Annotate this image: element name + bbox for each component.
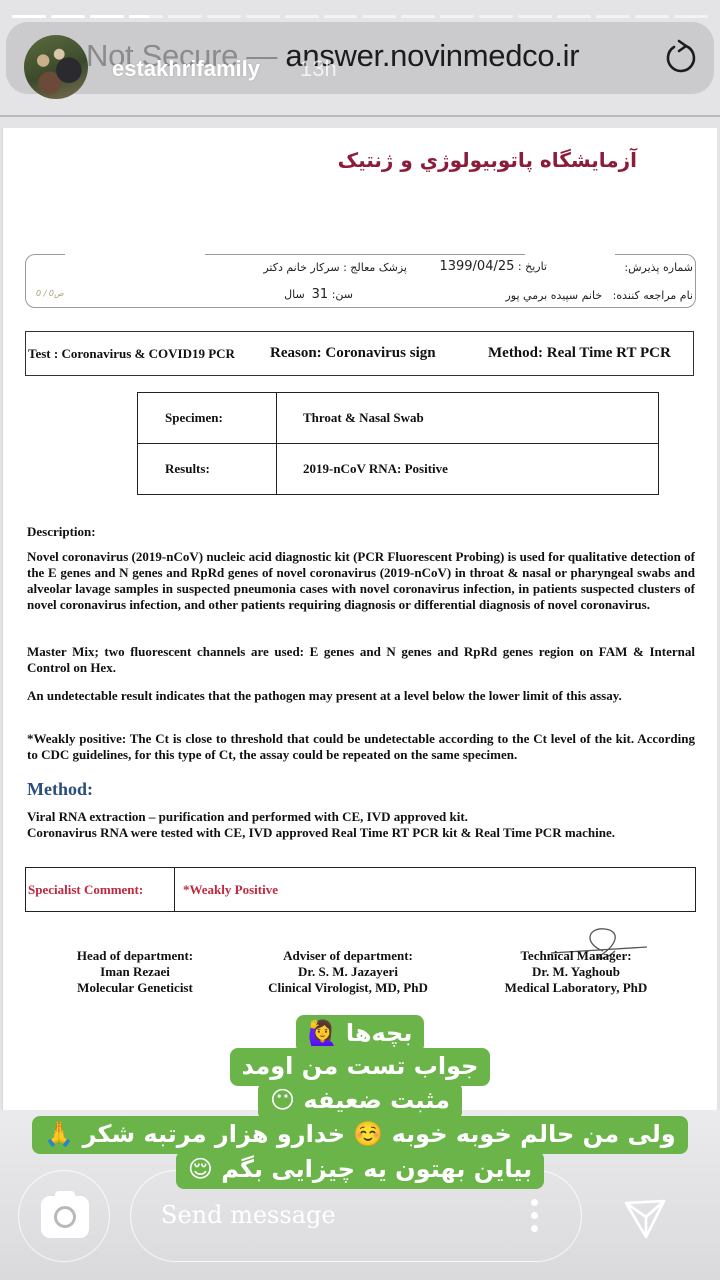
story-progress-segment bbox=[246, 15, 280, 18]
story-progress-segment bbox=[596, 15, 630, 18]
caption-line-4: ولی من حالم خوبه خوبه ☺️ خدارو هزار مرتب… bbox=[0, 1116, 720, 1154]
story-progress-segment bbox=[90, 15, 124, 18]
username[interactable]: estakhrifamily bbox=[112, 56, 260, 82]
specialist-comment-box: Specialist Comment: *Weakly Positive bbox=[25, 867, 696, 912]
description-paragraph-2: Master Mix; two fluorescent channels are… bbox=[27, 644, 695, 676]
story-progress-segment bbox=[12, 15, 46, 18]
patient-info-box: شماره پذيرش: تاريخ : 1399/04/25 پزشک معا… bbox=[25, 254, 696, 308]
caption-line-5: بیاین بهتون یه چیزایی بگم 😌 bbox=[0, 1151, 720, 1189]
browser-separator bbox=[0, 115, 720, 117]
admission-number-field: شماره پذيرش: bbox=[624, 261, 693, 274]
test-reason: Reason: Coronavirus sign bbox=[270, 345, 488, 362]
lab-report-page: آزمايشگاه پاتوبيولوژي و ژنتيک شماره پذير… bbox=[2, 128, 717, 1120]
table-row: Results: 2019-nCoV RNA: Positive bbox=[138, 444, 659, 495]
method-line-2: Coronavirus RNA were tested with CE, IVD… bbox=[27, 825, 695, 841]
story-progress-segment bbox=[479, 15, 513, 18]
story-progress-segment bbox=[168, 15, 202, 18]
results-value: 2019-nCoV RNA: Positive bbox=[277, 444, 659, 495]
story-progress-segment bbox=[362, 15, 396, 18]
weakly-positive-note: *Weakly positive: The Ct is close to thr… bbox=[27, 731, 695, 763]
specialist-comment-value: *Weakly Positive bbox=[175, 868, 278, 911]
date-value: 1399/04/25 bbox=[439, 259, 514, 274]
physician-field: پزشک معالج : سرکار خانم دکتر bbox=[263, 261, 407, 274]
test-summary-box: Test : Coronavirus & COVID19 PCR Reason:… bbox=[25, 331, 694, 376]
patient-name-field: نام مراجعه کننده: خانم سپيده برمي پور bbox=[505, 289, 693, 302]
story-progress-segment bbox=[518, 15, 552, 18]
age-value: 31 bbox=[312, 287, 329, 302]
signatory-head: Head of department: Iman Rezaei Molecula… bbox=[65, 948, 205, 996]
profile-avatar[interactable] bbox=[24, 35, 88, 99]
table-row: Specimen: Throat & Nasal Swab bbox=[138, 393, 659, 444]
story-timestamp: 13h bbox=[300, 56, 337, 82]
patient-name-value: خانم سپيده برمي پور bbox=[505, 289, 602, 302]
specialist-comment-label: Specialist Comment: bbox=[26, 868, 175, 911]
signatory-adviser: Adviser of department: Dr. S. M. Jazayer… bbox=[253, 948, 443, 996]
story-progress-segment bbox=[557, 15, 591, 18]
method-heading: Method: bbox=[27, 779, 93, 800]
story-progress-segment bbox=[674, 15, 708, 18]
story-progress-bar bbox=[12, 15, 708, 19]
caption-line-2: جواب تست من اومد bbox=[0, 1048, 720, 1086]
story-progress-segment bbox=[129, 15, 163, 18]
send-icon[interactable] bbox=[622, 1195, 668, 1241]
age-field: سن: 31 سال bbox=[284, 287, 353, 302]
description-paragraph-1: Novel coronavirus (2019-nCoV) nucleic ac… bbox=[27, 549, 695, 613]
description-heading: Description: bbox=[27, 524, 695, 540]
date-field: تاريخ : 1399/04/25 bbox=[439, 259, 547, 274]
method-line-1: Viral RNA extraction – purification and … bbox=[27, 809, 695, 825]
message-placeholder: Send message bbox=[161, 1201, 336, 1229]
test-method: Method: Real Time RT PCR bbox=[488, 345, 671, 362]
specimen-value: Throat & Nasal Swab bbox=[277, 393, 659, 444]
story-progress-segment bbox=[401, 15, 435, 18]
caption-line-3: مثبت ضعیفه 😶 bbox=[0, 1082, 720, 1120]
story-progress-segment bbox=[285, 15, 319, 18]
signatory-technical-manager: Technical Manager: Dr. M. Yaghoub Medica… bbox=[491, 948, 661, 996]
reload-icon bbox=[664, 38, 698, 76]
physician-value: سرکار خانم دکتر bbox=[263, 261, 339, 274]
more-vertical-icon[interactable] bbox=[531, 1199, 539, 1235]
story-progress-segment bbox=[51, 15, 85, 18]
lab-name: آزمايشگاه پاتوبيولوژي و ژنتيک bbox=[338, 148, 637, 172]
story-progress-segment bbox=[635, 15, 669, 18]
test-name: Test : Coronavirus & COVID19 PCR bbox=[28, 346, 270, 362]
specimen-results-table: Specimen: Throat & Nasal Swab Results: 2… bbox=[137, 392, 659, 495]
story-progress-segment bbox=[207, 15, 241, 18]
story-progress-segment bbox=[440, 15, 474, 18]
page-number: ص0 / 0 bbox=[36, 289, 64, 298]
results-label: Results: bbox=[138, 444, 277, 495]
story-progress-segment bbox=[324, 15, 358, 18]
age-unit: سال bbox=[284, 288, 305, 301]
camera-button[interactable] bbox=[18, 1170, 110, 1262]
specimen-label: Specimen: bbox=[138, 393, 277, 444]
description-paragraph-3: An undetectable result indicates that th… bbox=[27, 688, 695, 704]
camera-icon bbox=[41, 1196, 89, 1238]
